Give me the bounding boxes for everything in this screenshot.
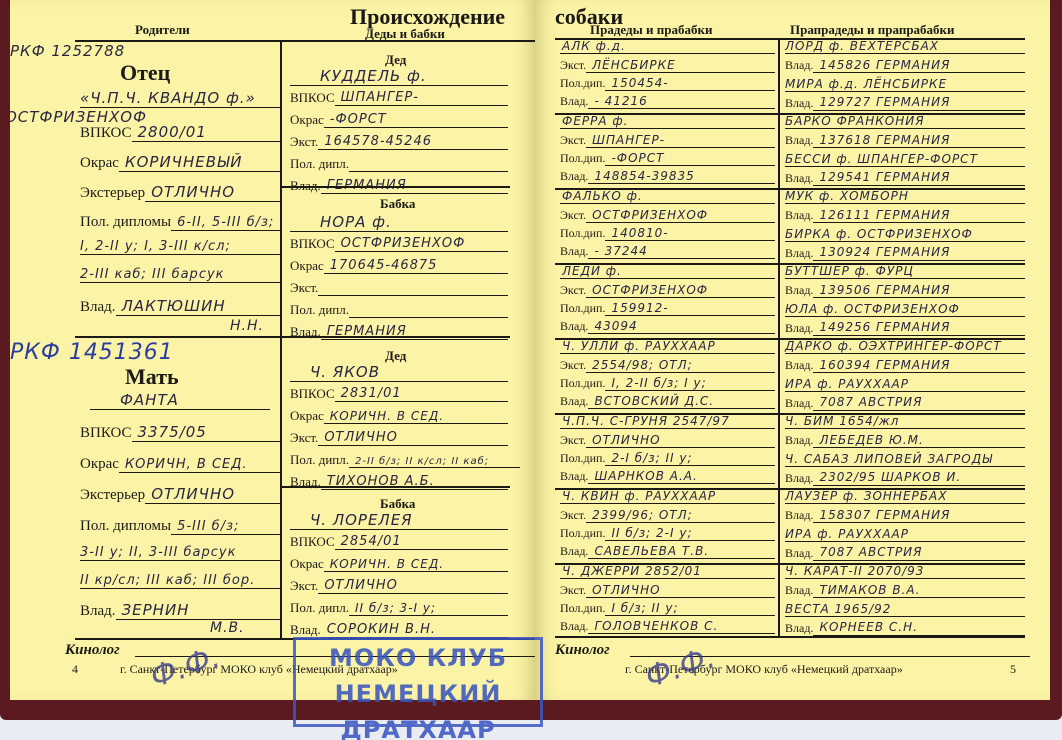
owner-label: Влад.	[560, 469, 588, 484]
great-grandparent-field: Влад.ГОЛОВЧЕНКОВ С.	[560, 619, 775, 634]
father-diplomas-3: 2-III каб; III барсук	[80, 268, 280, 283]
club-stamp: МОКО КЛУБ НЕМЕЦКИЙ ДРАТХААР	[293, 637, 543, 727]
great-great-grandparent-owner: КОРНЕЕВ С.Н.	[813, 621, 1025, 635]
father-diplomas-2: I, 2-II у; I, 3-III к/сл;	[80, 240, 280, 255]
grandparent-dipl: II б/з; 3-I у;	[349, 602, 508, 616]
great-great-grandparent-owner: 139506 ГЕРМАНИЯ	[813, 284, 1025, 298]
mother-diplomas-3: II кр/сл; III каб; III бор.	[80, 574, 280, 589]
ext-label: Экст.	[560, 508, 586, 523]
owner-label: Влад.	[785, 208, 813, 223]
great-grandparent-ext: ОТЛИЧНО	[586, 584, 775, 598]
owner-label: Влад.	[560, 619, 588, 634]
great-grandparent-owner: ВСТОВСКИЙ Д.С.	[588, 395, 775, 409]
dipl-label: Пол. дипл.	[290, 600, 349, 616]
owner-label: Влад.	[785, 546, 813, 561]
cynologist-signature: Ф.Ф.	[641, 640, 719, 695]
great-great-grandparent-name: ЮЛА ф. ОСТФРИЗЕНХОФ	[785, 303, 1025, 317]
mother-exterior: ОТЛИЧНО	[145, 486, 280, 504]
grandparent-color: КОРИЧН. В СЕД.	[324, 558, 508, 572]
owner-label: Влад.	[560, 544, 588, 559]
owner-label: Влад.	[560, 319, 588, 334]
great-grandparent-name: АЛК ф.д.	[560, 40, 775, 54]
grandparent-name: Ч. ЛОРЕЛЕЯ	[290, 512, 508, 530]
father-owner: ЛАКТЮШИН	[116, 298, 280, 316]
great-great-grandparent-owner-row: Влад.129727 ГЕРМАНИЯ	[785, 96, 1025, 111]
great-grandparent-dipl: I, 2-II б/з; I у;	[605, 377, 775, 391]
father-heading: Отец	[120, 60, 170, 86]
grandparent-color: КОРИЧН. В СЕД.	[324, 410, 508, 424]
page-number-left: 4	[72, 662, 78, 677]
dipl-label: Пол.дип.	[560, 451, 605, 466]
great-grandparent-name: ФАЛЬКО ф.	[560, 190, 775, 204]
ext-label: Экст.	[560, 133, 586, 148]
great-grandparent-dipl: 150454-	[605, 77, 775, 91]
great-great-grandparent-owner: 129727 ГЕРМАНИЯ	[813, 96, 1025, 110]
great-great-grandparent-owner-row: Влад.7087 АВСТРИЯ	[785, 396, 1025, 411]
great-great-grandparent-owner-row: Влад.2302/95 ШАРКОВ И.	[785, 471, 1025, 486]
mother-color: КОРИЧН, В СЕД.	[119, 458, 280, 473]
grandparent-color: -ФОРСТ	[324, 113, 508, 128]
great-grandparent-owner: ГОЛОВЧЕНКОВ С.	[588, 620, 775, 634]
owner-label: Влад.	[785, 358, 813, 373]
page-number-right: 5	[1010, 662, 1016, 677]
great-grandparent-field: Экст.ОТЛИЧНО	[560, 583, 775, 598]
great-great-grandparent-owner-row: Влад.160394 ГЕРМАНИЯ	[785, 358, 1025, 373]
cynologist-signature: Ф.Ф.	[146, 640, 224, 695]
grandparent-ext: ОТЛИЧНО	[318, 579, 508, 594]
great-grandparent-field: Влад.- 41216	[560, 94, 775, 109]
ext-label: Экст.	[560, 208, 586, 223]
dipl-label: Пол. дипл.	[290, 452, 349, 468]
great-great-grandparent-owner: 2302/95 ШАРКОВ И.	[813, 471, 1025, 485]
great-great-grandparent-name: ДАРКО ф. ОЭХТРИНГЕР-ФОРСТ	[785, 340, 1025, 354]
color-label: Окрас	[80, 155, 119, 172]
great-great-grandparent-owner-row: Влад.126111 ГЕРМАНИЯ	[785, 208, 1025, 223]
great-grandparent-dipl: 159912-	[605, 302, 775, 316]
great-grandparent-ext: 2399/96; ОТЛ;	[586, 509, 775, 523]
mother-vpkos: 3375/05	[132, 424, 281, 442]
ext-label: Экст.	[560, 58, 586, 73]
great-great-grandparent-owner: 160394 ГЕРМАНИЯ	[813, 359, 1025, 373]
dipl-label: Пол.дип.	[560, 526, 605, 541]
great-grandparent-field: Пол.дип.I б/з; II у;	[560, 601, 775, 616]
vpkos-label: ВПКОС	[290, 236, 335, 252]
great-grandparent-field: Ч.П.Ч. С-ГРУНЯ 2547/97	[560, 415, 775, 429]
great-grandparent-owner: - 41216	[588, 95, 775, 109]
owner-label: Влад.	[80, 299, 116, 316]
grandparent-heading: Бабка	[380, 496, 415, 512]
great-great-grandparent-name: ВЕСТА 1965/92	[785, 603, 1025, 617]
great-grandparent-field: Пол.дип.-ФОРСТ	[560, 151, 775, 166]
great-great-grandparent-name: БИРКА ф. ОСТФРИЗЕНХОФ	[785, 228, 1025, 242]
great-grandparent-field: Пол.дип.159912-	[560, 301, 775, 316]
owner-label: Влад.	[785, 246, 813, 261]
exterior-label: Экстерьер	[80, 487, 145, 504]
ext-label: Экст.	[560, 583, 586, 598]
vpkos-label: ВПКОС	[290, 534, 335, 550]
great-great-grandparent-owner: 149256 ГЕРМАНИЯ	[813, 321, 1025, 335]
owner-label: Влад.	[785, 621, 813, 636]
grandparent-dipl: 2-II б/з; II к/сл; II каб;	[349, 456, 520, 468]
grandparent-vpkos: ОСТФРИЗЕНХОФ	[335, 237, 508, 252]
vpkos-label: ВПКОС	[290, 386, 335, 402]
stamp-line-2: НЕМЕЦКИЙ ДРАТХААР	[296, 676, 540, 740]
great-great-grandparent-owner: 137618 ГЕРМАНИЯ	[813, 134, 1025, 148]
grandparent-heading: Дед	[385, 348, 406, 364]
great-grandparent-field: Экст.ОСТФРИЗЕНХОФ	[560, 283, 775, 298]
owner-label: Влад.	[80, 603, 116, 620]
father-name: «Ч.П.Ч. КВАНДО ф.»	[80, 90, 280, 108]
great-great-grandparent-owner: 145826 ГЕРМАНИЯ	[813, 59, 1025, 73]
great-grandparent-ext: ЛЁНСБИРКЕ	[586, 59, 775, 73]
great-grandparent-field: Экст.2554/98; ОТЛ;	[560, 358, 775, 373]
great-grandparent-field: Экст.ЛЁНСБИРКЕ	[560, 58, 775, 73]
great-great-grandparent-owner: 130924 ГЕРМАНИЯ	[813, 246, 1025, 260]
great-grandparent-field: Пол.дип.140810-	[560, 226, 775, 241]
great-grandparent-dipl: 140810-	[605, 227, 775, 241]
color-label: Окрас	[290, 112, 324, 128]
father-exterior: ОТЛИЧНО	[145, 184, 280, 202]
color-label: Окрас	[80, 456, 119, 473]
cynologist-label: Кинолог	[65, 642, 120, 659]
owner-label: Влад.	[785, 171, 813, 186]
great-grandparent-name: Ч.П.Ч. С-ГРУНЯ 2547/97	[560, 415, 775, 429]
great-grandparent-dipl: II б/з; 2-I у;	[605, 527, 775, 541]
father-rkf: РКФ 1252788	[10, 42, 125, 60]
great-grandparent-ext: ОСТФРИЗЕНХОФ	[586, 284, 775, 298]
great-great-grandparent-owner-row: Влад.158307 ГЕРМАНИЯ	[785, 508, 1025, 523]
col-header-great-great: Прапрадеды и прапрабабки	[790, 22, 955, 38]
mother-diplomas-1: 5-III б/з;	[171, 520, 280, 535]
grandparent-name: КУДДЕЛЬ ф.	[290, 68, 508, 86]
great-grandparent-field: ФЕРРА ф.	[560, 115, 775, 129]
great-grandparent-field: Влад.148854-39835	[560, 169, 775, 184]
grandparent-vpkos: 2854/01	[335, 535, 508, 550]
great-great-grandparent-name: БУТТШЕР ф. ФУРЦ	[785, 265, 1025, 279]
father-vpkos: 2800/01	[132, 124, 281, 142]
great-great-grandparent-owner: 7087 АВСТРИЯ	[813, 546, 1025, 560]
grandparent-color: 170645-46875	[324, 259, 508, 274]
great-great-grandparent-owner-row: Влад.145826 ГЕРМАНИЯ	[785, 58, 1025, 73]
ext-label: Экст.	[560, 283, 586, 298]
great-great-grandparent-name: ЛАУЗЕР ф. ЗОННЕРБАХ	[785, 490, 1025, 504]
exterior-label: Экстерьер	[80, 185, 145, 202]
cynologist-label: Кинолог	[555, 642, 610, 659]
great-grandparent-field: Ч. УЛЛИ ф. РАУХХААР	[560, 340, 775, 354]
great-great-grandparent-name: БЕССИ ф. ШПАНГЕР-ФОРСТ	[785, 153, 1025, 167]
owner-label: Влад.	[785, 433, 813, 448]
great-great-grandparent-name: ИРА ф. РАУХХААР	[785, 528, 1025, 542]
owner-label: Влад.	[560, 394, 588, 409]
right-page: собаки Прадеды и прабабки Прапрадеды и п…	[535, 0, 1050, 700]
great-grandparent-field: Экст.ОСТФРИЗЕНХОФ	[560, 208, 775, 223]
color-label: Окрас	[290, 258, 324, 274]
great-grandparent-field: Ч. ДЖЕРРИ 2852/01	[560, 565, 775, 579]
mother-diplomas-2: 3-II у; II, 3-III барсук	[80, 546, 280, 561]
great-grandparent-field: Пол.дип.II б/з; 2-I у;	[560, 526, 775, 541]
vpkos-label: ВПКОС	[80, 425, 132, 442]
owner-label: Влад.	[560, 169, 588, 184]
stamp-line-1: МОКО КЛУБ	[296, 640, 540, 676]
great-grandparent-dipl: I б/з; II у;	[605, 602, 775, 616]
great-grandparent-owner: - 37244	[588, 245, 775, 259]
great-grandparent-ext: ОСТФРИЗЕНХОФ	[586, 209, 775, 223]
great-grandparent-owner: САВЕЛЬЕВА Т.В.	[588, 545, 775, 559]
grandparent-name: НОРА ф.	[290, 214, 508, 232]
great-grandparent-field: АЛК ф.д.	[560, 40, 775, 54]
great-great-grandparent-owner: 129541 ГЕРМАНИЯ	[813, 171, 1025, 185]
great-great-grandparent-owner-row: Влад.ТИМАКОВ В.А.	[785, 583, 1025, 598]
great-grandparent-field: Пол.дип.2-I б/з; II у;	[560, 451, 775, 466]
diplomas-label: Пол. дипломы	[80, 518, 171, 535]
great-great-grandparent-owner-row: Влад.139506 ГЕРМАНИЯ	[785, 283, 1025, 298]
great-grandparent-ext: ШПАНГЕР-	[586, 134, 775, 148]
great-grandparent-dipl: 2-I б/з; II у;	[605, 452, 775, 466]
ext-label: Экст.	[560, 358, 586, 373]
mother-name: ФАНТА	[90, 392, 270, 410]
great-great-grandparent-owner-row: Влад.7087 АВСТРИЯ	[785, 546, 1025, 561]
grandparent-vpkos: 2831/01	[335, 387, 508, 402]
color-label: Окрас	[290, 556, 324, 572]
great-great-grandparent-owner: 158307 ГЕРМАНИЯ	[813, 509, 1025, 523]
great-great-grandparent-owner-row: Влад.137618 ГЕРМАНИЯ	[785, 133, 1025, 148]
dipl-label: Пол.дип.	[560, 601, 605, 616]
great-grandparent-field: ЛЕДИ ф.	[560, 265, 775, 279]
owner-label: Влад.	[785, 96, 813, 111]
great-great-grandparent-owner-row: Влад.129541 ГЕРМАНИЯ	[785, 171, 1025, 186]
great-great-grandparent-name: ИРА ф. РАУХХААР	[785, 378, 1025, 392]
great-grandparent-field: Влад.ВСТОВСКИЙ Д.С.	[560, 394, 775, 409]
great-grandparent-field: Влад.43094	[560, 319, 775, 334]
father-owner-initials: Н.Н.	[230, 318, 264, 334]
grandparent-heading: Дед	[385, 52, 406, 68]
ext-label: Экст.	[560, 433, 586, 448]
grandparent-ext	[318, 281, 508, 296]
great-great-grandparent-owner-row: Влад.149256 ГЕРМАНИЯ	[785, 321, 1025, 336]
owner-label: Влад.	[785, 508, 813, 523]
vpkos-label: ВПКОС	[290, 90, 335, 106]
great-grandparent-field: Влад.САВЕЛЬЕВА Т.В.	[560, 544, 775, 559]
vpkos-label: ВПКОС	[80, 125, 132, 142]
grandparent-heading: Бабка	[380, 196, 415, 212]
great-great-grandparent-owner-row: Влад.ЛЕБЕДЕВ Ю.М.	[785, 433, 1025, 448]
great-great-grandparent-owner-row: Влад.130924 ГЕРМАНИЯ	[785, 246, 1025, 261]
father-diplomas-1: 6-II, 5-III б/з;	[171, 216, 280, 231]
col-header-great: Прадеды и прабабки	[590, 22, 712, 38]
grandparent-vpkos: ШПАНГЕР-	[335, 91, 508, 106]
grandparent-owner: СОРОКИН В.Н.	[321, 623, 508, 638]
great-grandparent-owner: 43094	[588, 320, 775, 334]
great-grandparent-name: ФЕРРА ф.	[560, 115, 775, 129]
great-grandparent-name: ЛЕДИ ф.	[560, 265, 775, 279]
great-great-grandparent-name: БАРКО ФРАНКОНИЯ	[785, 115, 1025, 129]
ext-label: Экст.	[290, 430, 318, 446]
grandparent-dipl	[349, 157, 508, 172]
great-great-grandparent-owner: ТИМАКОВ В.А.	[813, 584, 1025, 598]
great-great-grandparent-name: ЛОРД ф. ВЕХТЕРСБАХ	[785, 40, 1025, 54]
left-page: Родители Происхождение Деды и бабки РКФ …	[10, 0, 535, 700]
great-grandparent-name: Ч. ДЖЕРРИ 2852/01	[560, 565, 775, 579]
great-grandparent-field: Влад.- 37244	[560, 244, 775, 259]
great-grandparent-field: Экст.ОТЛИЧНО	[560, 433, 775, 448]
owner-label: Влад.	[290, 622, 321, 638]
great-grandparent-ext: ОТЛИЧНО	[586, 434, 775, 448]
dipl-label: Пол.дип.	[560, 151, 605, 166]
dipl-label: Пол. дипл.	[290, 156, 349, 172]
grandparent-name: Ч. ЯКОВ	[290, 364, 508, 382]
owner-label: Влад.	[785, 471, 813, 486]
ext-label: Экст.	[290, 280, 318, 296]
owner-label: Влад.	[785, 396, 813, 411]
great-grandparent-ext: 2554/98; ОТЛ;	[586, 359, 775, 373]
owner-label: Влад.	[785, 321, 813, 336]
mother-owner-initials: М.В.	[210, 620, 245, 636]
dipl-label: Пол.дип.	[560, 301, 605, 316]
great-grandparent-name: Ч. УЛЛИ ф. РАУХХААР	[560, 340, 775, 354]
col-header-parents: Родители	[135, 22, 190, 38]
great-grandparent-field: Пол.дип.I, 2-II б/з; I у;	[560, 376, 775, 391]
great-grandparent-field: ФАЛЬКО ф.	[560, 190, 775, 204]
dipl-label: Пол. дипл.	[290, 302, 349, 318]
great-grandparent-field: Экст.2399/96; ОТЛ;	[560, 508, 775, 523]
great-great-grandparent-name: Ч. САБАЗ ЛИПОВЕЙ ЗАГРОДЫ	[785, 453, 1025, 467]
great-great-grandparent-name: МИРА ф.д. ЛЁНСБИРКЕ	[785, 78, 1025, 92]
dipl-label: Пол.дип.	[560, 226, 605, 241]
great-great-grandparent-owner-row: Влад.КОРНЕЕВ С.Н.	[785, 621, 1025, 636]
owner-label: Влад.	[560, 244, 588, 259]
ext-label: Экст.	[290, 134, 318, 150]
great-grandparent-field: Влад.ШАРНКОВ А.А.	[560, 469, 775, 484]
mother-heading: Мать	[125, 364, 179, 390]
grandparent-dipl	[349, 303, 508, 318]
owner-label: Влад.	[785, 58, 813, 73]
mother-owner: ЗЕРНИН	[116, 602, 280, 620]
great-grandparent-field: Пол.дип.150454-	[560, 76, 775, 91]
dipl-label: Пол.дип.	[560, 376, 605, 391]
color-label: Окрас	[290, 408, 324, 424]
great-grandparent-owner: 148854-39835	[588, 170, 775, 184]
diplomas-label: Пол. дипломы	[80, 214, 171, 231]
grandparent-ext: 164578-45246	[318, 135, 508, 150]
father-color: КОРИЧНЕВЫЙ	[119, 154, 280, 172]
great-grandparent-name: Ч. КВИН ф. РАУХХААР	[560, 490, 775, 504]
great-great-grandparent-name: Ч. КАРАТ-II 2070/93	[785, 565, 1025, 579]
grandparent-ext: ОТЛИЧНО	[318, 431, 508, 446]
dipl-label: Пол.дип.	[560, 76, 605, 91]
great-great-grandparent-owner: ЛЕБЕДЕВ Ю.М.	[813, 434, 1025, 448]
great-grandparent-field: Ч. КВИН ф. РАУХХААР	[560, 490, 775, 504]
ext-label: Экст.	[290, 578, 318, 594]
great-great-grandparent-owner: 7087 АВСТРИЯ	[813, 396, 1025, 410]
great-great-grandparent-owner: 126111 ГЕРМАНИЯ	[813, 209, 1025, 223]
owner-label: Влад.	[785, 133, 813, 148]
great-grandparent-owner: ШАРНКОВ А.А.	[588, 470, 775, 484]
great-great-grandparent-name: МУК ф. ХОМБОРН	[785, 190, 1025, 204]
owner-label: Влад.	[785, 583, 813, 598]
owner-label: Влад.	[785, 283, 813, 298]
owner-label: Влад.	[560, 94, 588, 109]
great-grandparent-dipl: -ФОРСТ	[605, 152, 775, 166]
great-grandparent-field: Экст.ШПАНГЕР-	[560, 133, 775, 148]
great-great-grandparent-name: Ч. БИМ 1654/жл	[785, 415, 1025, 429]
mother-rkf: РКФ 1451361	[10, 340, 174, 365]
